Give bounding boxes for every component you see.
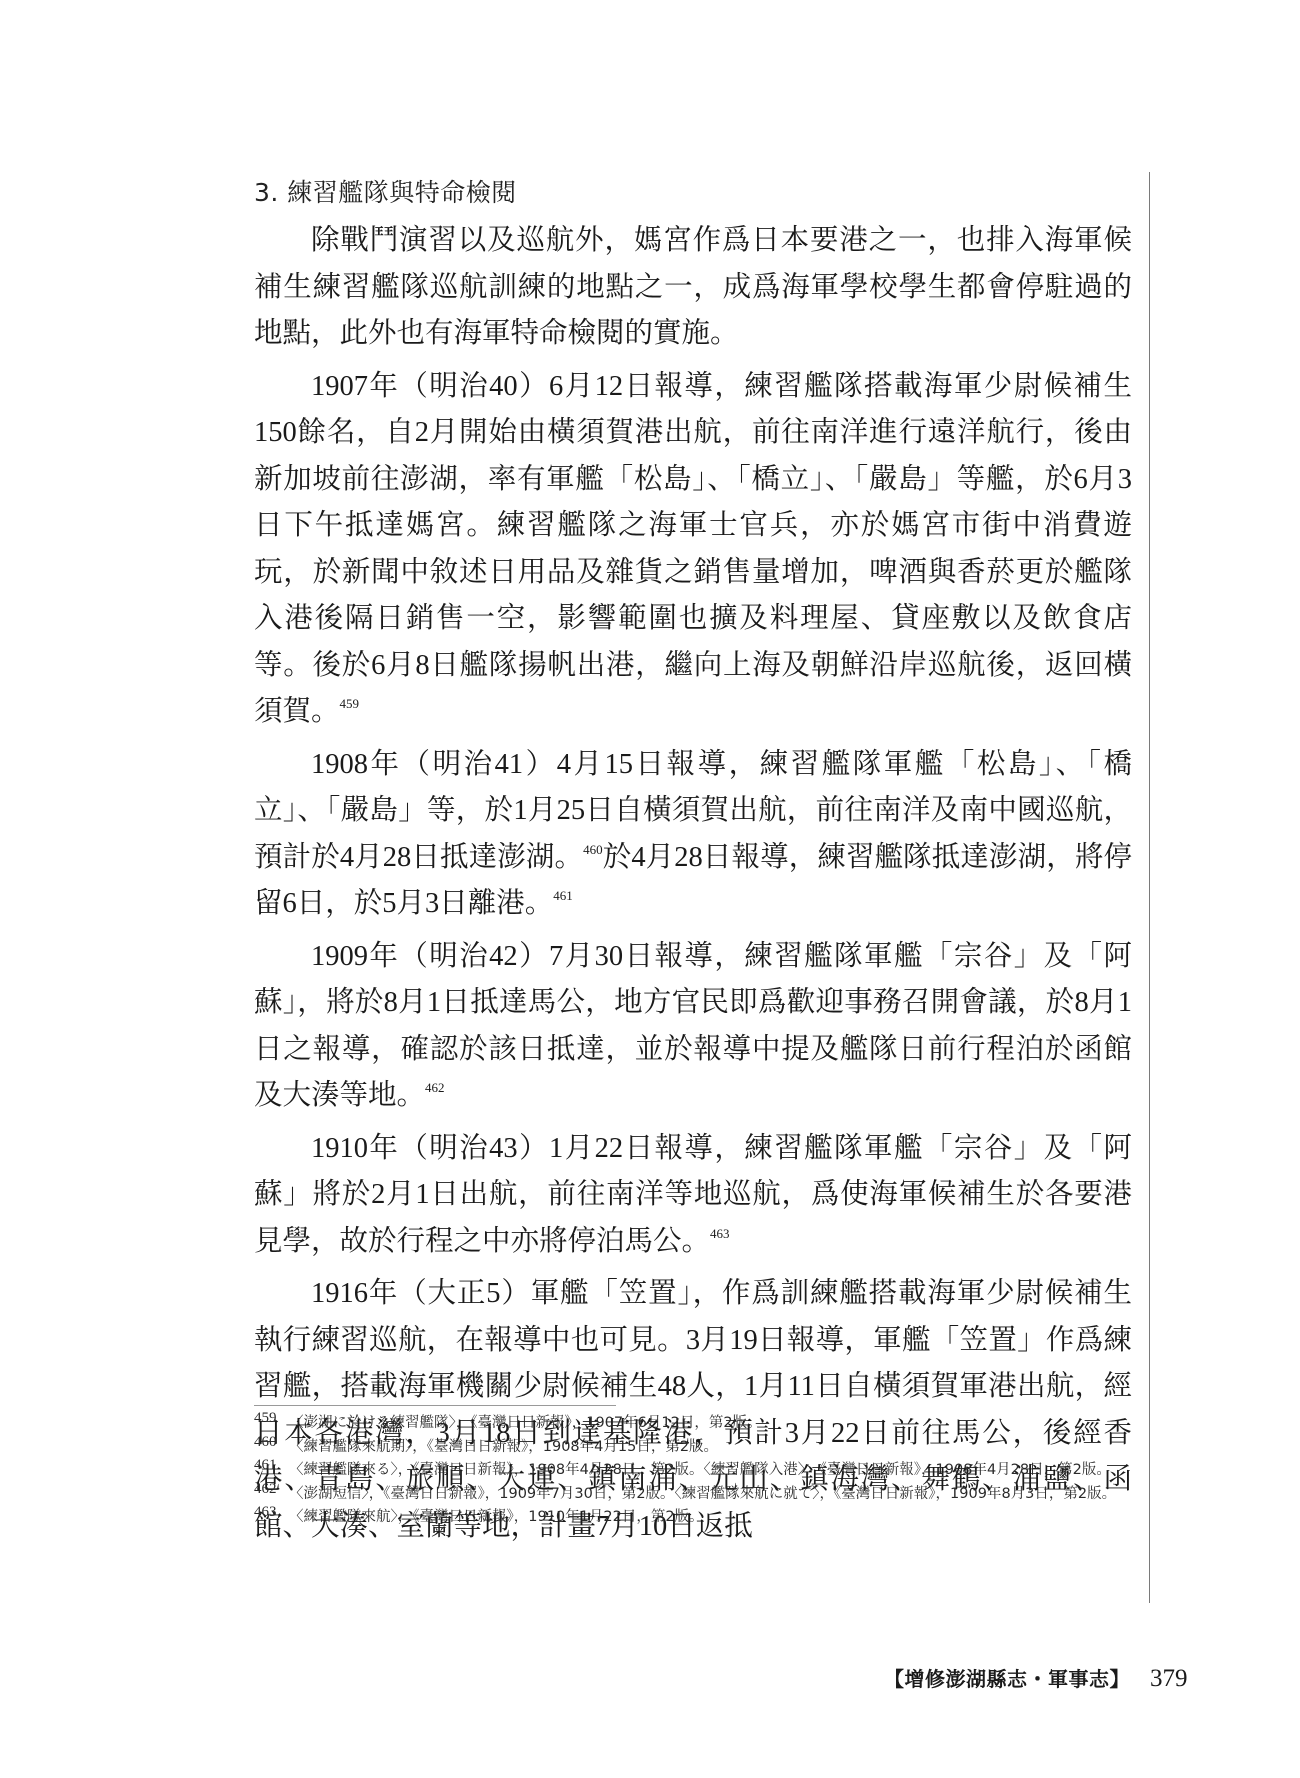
footnote-number: 460	[254, 1431, 277, 1455]
footnote-item: 459 〈澎湖に於ける練習艦隊〉，《臺灣日日新報》，1907年6月12日，第2版…	[254, 1412, 1134, 1436]
page-footer: 【增修澎湖縣志・軍事志】379	[884, 1663, 1188, 1693]
footnote-text: 〈練習艦隊來る〉，《臺灣日日新報》，1908年4月28日，第2版。〈練習艦隊入港…	[289, 1462, 1111, 1478]
paragraph-1907: 1907年（明治40）6月12日報導，練習艦隊搭載海軍少尉候補生150餘名，自2…	[254, 364, 1132, 736]
paragraph-1909: 1909年（明治42）7月30日報導，練習艦隊軍艦「宗谷」及「阿蘇」，將於8月1…	[254, 934, 1132, 1120]
page-number: 379	[1150, 1665, 1188, 1692]
footnote-separator	[254, 1405, 616, 1406]
body-text: 除戰鬥演習以及巡航外，媽宮作爲日本要港之一，也排入海軍候補生練習艦隊巡航訓練的地…	[254, 218, 1132, 1556]
footnote-text: 〈練習艦隊來航期〉，《臺灣日日新報》，1908年4月15日，第2版。	[289, 1439, 718, 1455]
paragraph-text: 除戰鬥演習以及巡航外，媽宮作爲日本要港之一，也排入海軍候補生練習艦隊巡航訓練的地…	[254, 225, 1132, 349]
footnote-text: 〈澎湖に於ける練習艦隊〉，《臺灣日日新報》，1907年6月12日，第2版。	[289, 1415, 762, 1431]
running-title: 【增修澎湖縣志・軍事志】	[884, 1667, 1130, 1691]
paragraph-1910: 1910年（明治43）1月22日報導，練習艦隊軍艦「宗谷」及「阿蘇」將於2月1日…	[254, 1126, 1132, 1266]
footnote-item: 462 〈澎湖短信〉，《臺灣日日新報》，1909年7月30日，第2版。〈練習艦隊…	[254, 1483, 1134, 1507]
footnote-ref[interactable]: 460	[583, 842, 603, 857]
footnote-item: 461 〈練習艦隊來る〉，《臺灣日日新報》，1908年4月28日，第2版。〈練習…	[254, 1459, 1134, 1483]
footnote-number: 463	[254, 1501, 277, 1525]
footnote-number: 461	[254, 1454, 277, 1478]
footnote-number: 459	[254, 1407, 277, 1431]
footnote-ref[interactable]: 459	[340, 696, 360, 711]
paragraph-intro: 除戰鬥演習以及巡航外，媽宮作爲日本要港之一，也排入海軍候補生練習艦隊巡航訓練的地…	[254, 218, 1132, 358]
paragraph-text: 1909年（明治42）7月30日報導，練習艦隊軍艦「宗谷」及「阿蘇」，將於8月1…	[254, 941, 1132, 1112]
footnote-ref[interactable]: 463	[710, 1226, 730, 1241]
footnote-ref[interactable]: 462	[425, 1080, 445, 1095]
footnotes: 459 〈澎湖に於ける練習艦隊〉，《臺灣日日新報》，1907年6月12日，第2版…	[254, 1412, 1134, 1530]
section-heading: 3. 練習艦隊與特命檢閱	[254, 178, 517, 208]
footnote-item: 463 〈練習艦隊來航〉，《臺灣日日新報》，1910年1月22日，第2版。	[254, 1506, 1134, 1530]
footnote-text: 〈練習艦隊來航〉，《臺灣日日新報》，1910年1月22日，第2版。	[289, 1509, 704, 1525]
footnote-item: 460 〈練習艦隊來航期〉，《臺灣日日新報》，1908年4月15日，第2版。	[254, 1436, 1134, 1460]
document-page: 3. 練習艦隊與特命檢閱 除戰鬥演習以及巡航外，媽宮作爲日本要港之一，也排入海軍…	[0, 0, 1300, 1778]
footnote-text: 〈澎湖短信〉，《臺灣日日新報》，1909年7月30日，第2版。〈練習艦隊來航に就…	[289, 1486, 1116, 1502]
paragraph-text: 1910年（明治43）1月22日報導，練習艦隊軍艦「宗谷」及「阿蘇」將於2月1日…	[254, 1133, 1132, 1257]
footnote-ref[interactable]: 461	[553, 888, 573, 903]
paragraph-text: 1907年（明治40）6月12日報導，練習艦隊搭載海軍少尉候補生150餘名，自2…	[254, 371, 1132, 728]
footnote-number: 462	[254, 1478, 277, 1502]
margin-rule	[1149, 172, 1150, 1603]
paragraph-1908: 1908年（明治41）4月15日報導，練習艦隊軍艦「松島」、「橋立」、「嚴島」等…	[254, 742, 1132, 928]
